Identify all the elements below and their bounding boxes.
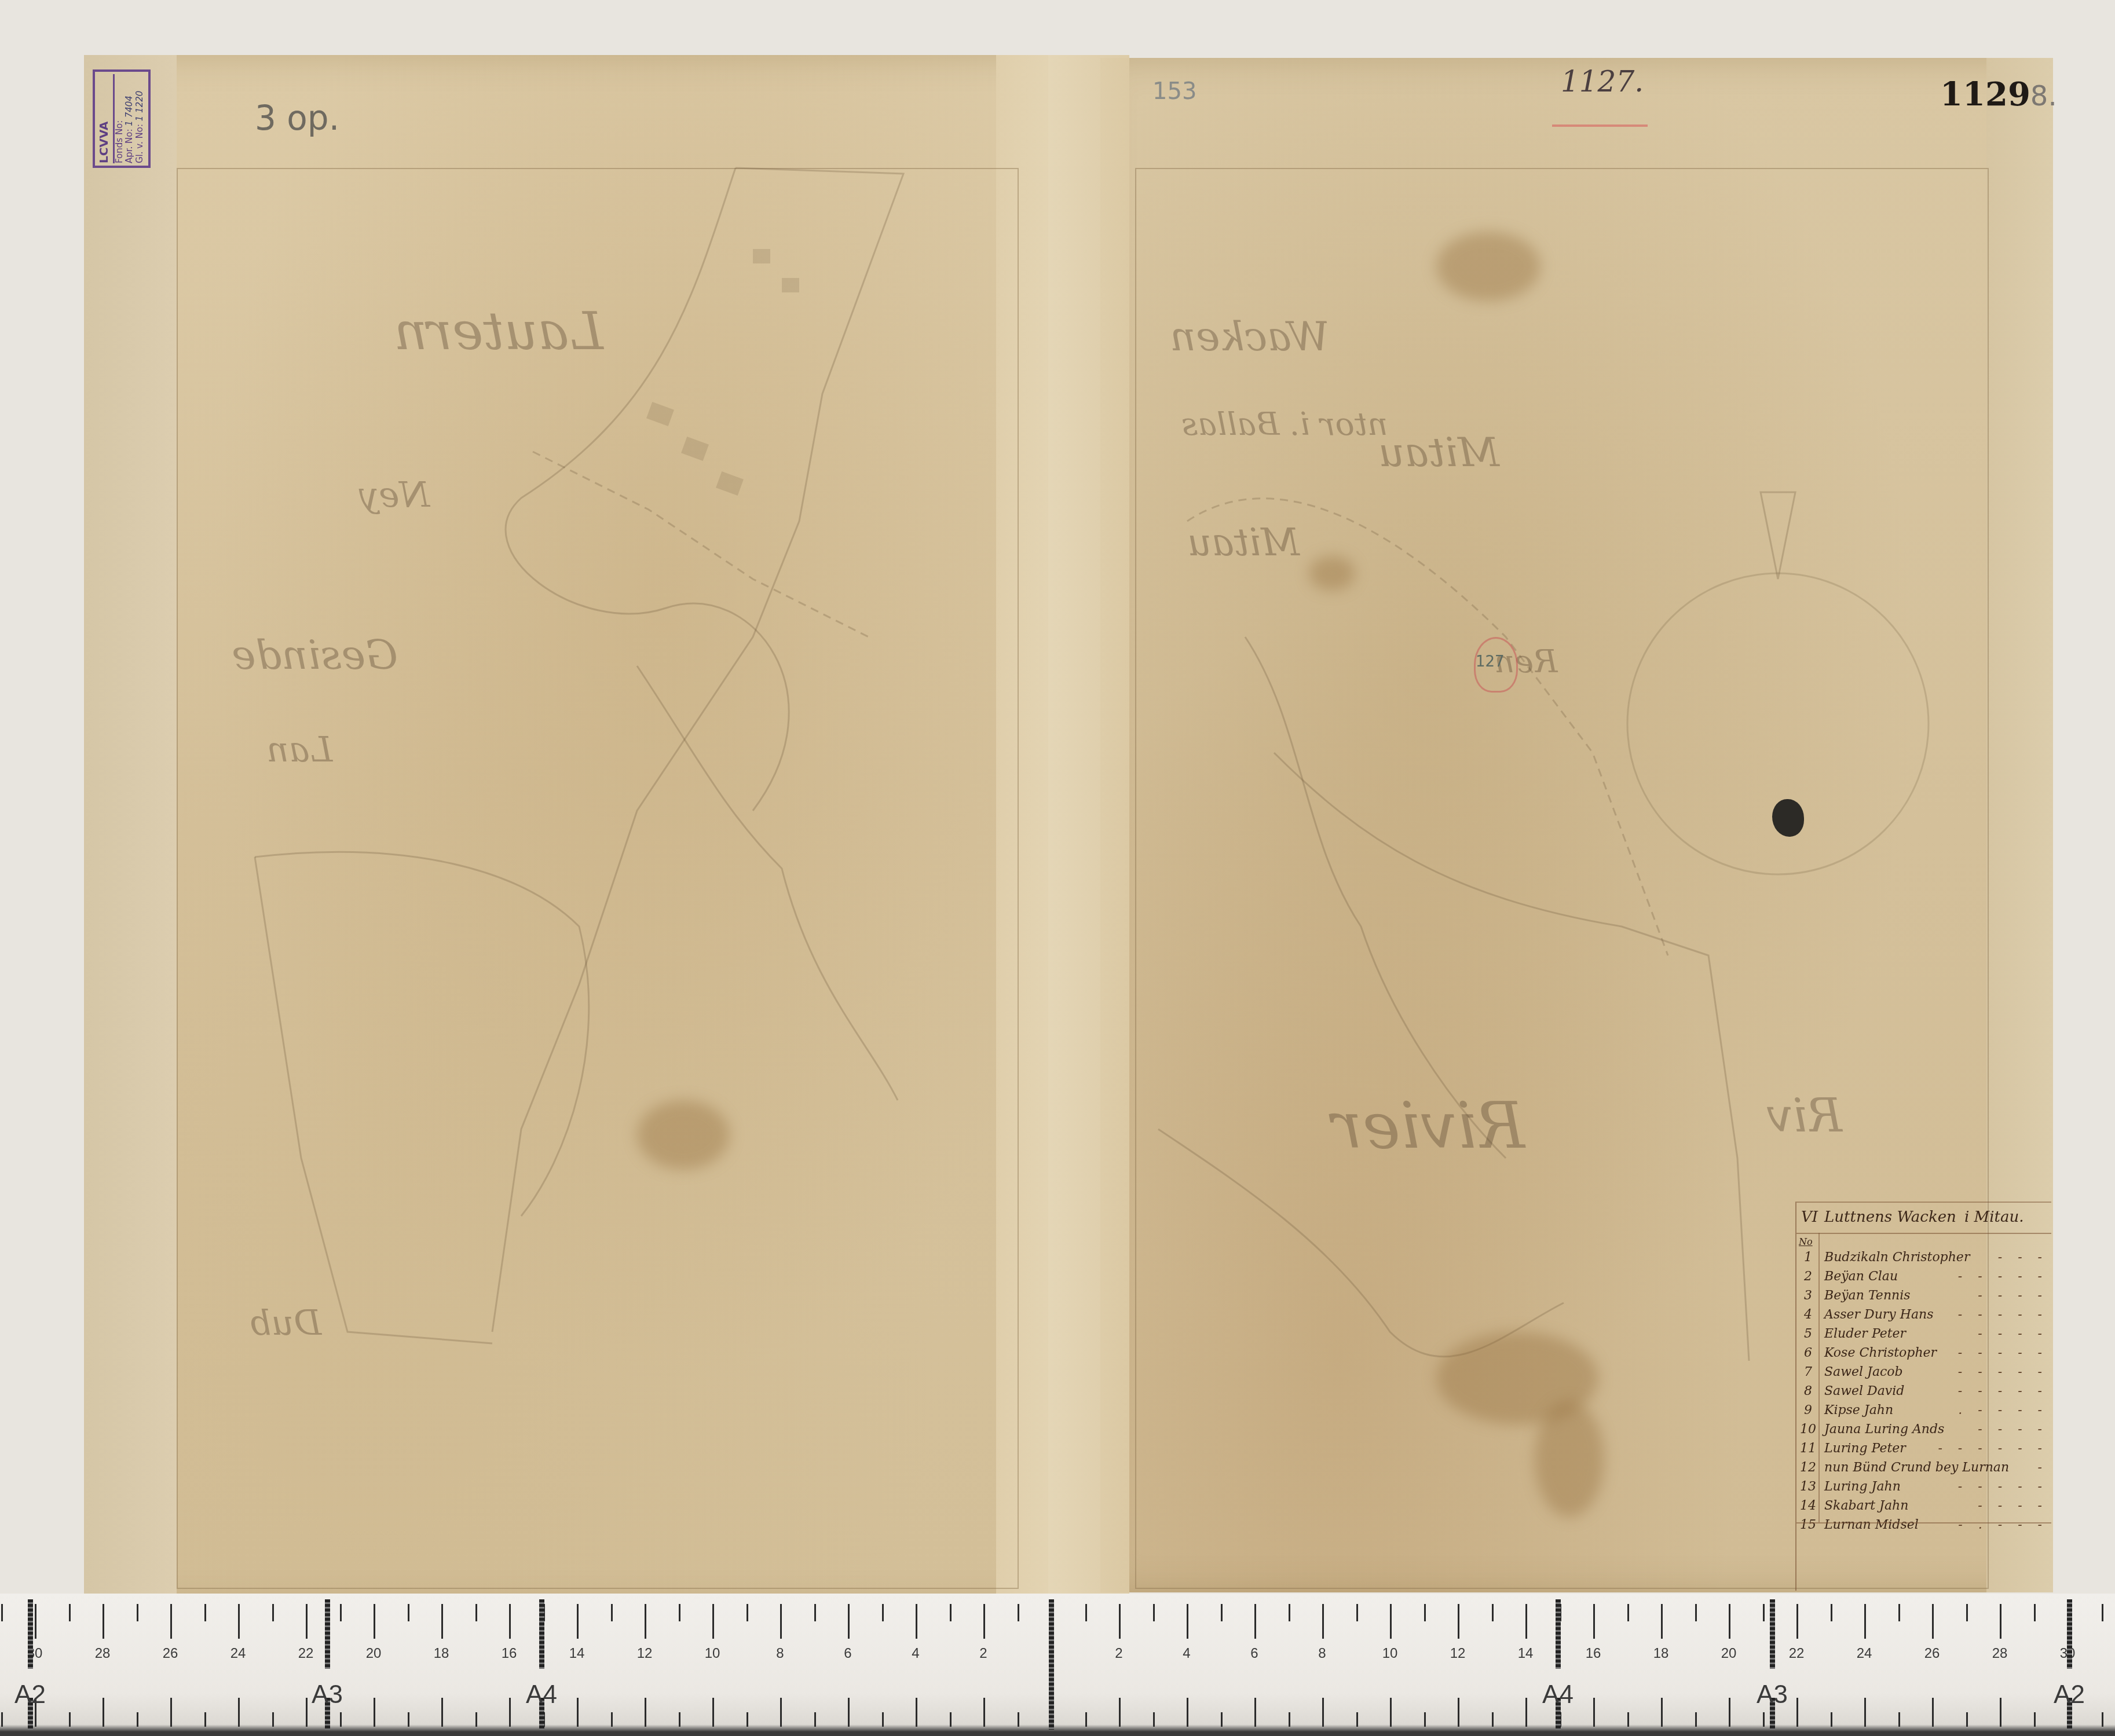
ruler-tick [1458,1604,1459,1639]
ruler-label: 16 [502,1646,517,1662]
ledger-row-number: 6 [1799,1346,1817,1360]
ledger-row-name: Sawel David [1824,1384,1904,1398]
ruler-label: 24 [1857,1646,1872,1662]
paper-size-label: A3 [1757,1680,1788,1709]
ruler-tick [204,1604,206,1621]
ruler-tick [1729,1604,1730,1639]
ruler-tick [848,1604,850,1639]
ruler-tick [1187,1698,1188,1727]
ruler-tick [1322,1604,1324,1639]
stamp-glv: Gl. v. No: 1 1220 [135,74,145,163]
ruler-tick [1627,1712,1629,1727]
ink-blot [1772,799,1804,837]
ledger-row-name: Sawel Jacob [1824,1365,1903,1379]
ruler-tick [1966,1712,1968,1727]
ruler-tick [1424,1712,1426,1727]
ledger-row-dashes: . - - - - [1958,1403,2048,1418]
ruler-tick [2034,1712,2036,1727]
ruler-tick [1289,1712,1290,1727]
ledger-row: 11Luring Peter- - - - - - [1796,1441,2051,1460]
ruler-tick [1695,1604,1697,1621]
ruler-tick [814,1712,816,1727]
ruler-tick [916,1604,917,1639]
ledger-row-number: 9 [1799,1403,1817,1418]
ruler-tick [1187,1604,1188,1639]
ruler-tick [1085,1712,1087,1727]
ledger-row-name: Kipse Jahn [1824,1403,1893,1418]
ledger-row-number: 1 [1799,1250,1817,1265]
ledger-row-dashes: - - - - [1978,1288,2048,1303]
ledger-row-name: Luring Jahn [1824,1479,1901,1494]
ledger-row: 3Beÿan Tennis- - - - [1796,1288,2051,1308]
ledger-row-dashes: - - - - [1978,1499,2048,1513]
ruler-tick [1356,1712,1358,1727]
ledger-row-dashes: - - - - - [1958,1384,2048,1398]
ledger-row-number: 3 [1799,1288,1817,1303]
ledger-header: VI Luttnens Wacken i Mitau. [1796,1203,2051,1234]
ruler-tick [1729,1698,1730,1727]
ruler-label: 8 [1318,1646,1326,1662]
ruler-label: 22 [1789,1646,1805,1662]
ruler-label: 4 [912,1646,919,1662]
ruler-tick [1254,1604,1256,1639]
ruler-tick [1322,1698,1324,1727]
ruler-tick [1390,1604,1392,1639]
ruler-tick [1289,1604,1290,1621]
stamp-apr: Apr. No: 1 7404 [125,74,134,163]
ledger-row-number: 2 [1799,1269,1817,1284]
ruler-tick [577,1698,579,1727]
ruler-label: 24 [230,1646,246,1662]
water-stain [1309,556,1355,591]
ledger-row-dashes: - - - - - [1958,1479,2048,1494]
paper-size-mark [1556,1599,1561,1669]
ruler-tick [137,1712,138,1727]
paper-size-label: A4 [1542,1680,1574,1709]
ghost-lettering: Wacken [1170,313,1330,360]
ledger-roman-numeral: VI [1801,1208,1818,1226]
ghost-lettering: Ney [359,475,430,515]
ruler-label: 28 [1992,1646,2008,1662]
ruler-tick [475,1604,477,1621]
ruler-tick [747,1712,748,1727]
ledger-row-name: Kose Christopher [1824,1346,1937,1360]
ruler-tick [408,1604,409,1621]
ledger-row-name: Budzikaln Christopher [1824,1250,1970,1265]
paper-size-mark [1770,1599,1775,1669]
ruler-tick [1796,1604,1798,1639]
ruler-tick [1153,1712,1155,1727]
ledger-row: 9Kipse Jahn. - - - - [1796,1403,2051,1422]
ruler-tick [611,1712,613,1727]
ruler-tick [1424,1604,1426,1621]
ruler-label: 2 [1115,1646,1122,1662]
ruler-tick [916,1698,917,1727]
ghost-lettering: Dub [249,1303,321,1343]
ruler-label: 10 [1382,1646,1398,1662]
ghost-lettering: Lan [266,730,332,770]
ruler-tick [1390,1698,1392,1727]
ghost-lettering: Gesinde [232,631,398,679]
ruler-tick [1593,1604,1595,1639]
ledger-row-dashes: - - - - [1978,1422,2048,1437]
ledger-row-dashes: - - - [1998,1250,2048,1265]
ruler-tick [780,1604,782,1639]
ruler-tick [645,1604,646,1639]
ruler-tick [712,1604,714,1639]
ruler-tick [1153,1604,1155,1621]
ruler-label: 10 [705,1646,720,1662]
ruler-tick [475,1712,477,1727]
ruler-tick [69,1712,71,1727]
ruler-tick [238,1604,240,1639]
ruler-tick [1,1604,3,1621]
ruler-tick [645,1698,646,1727]
ruler-label: 14 [1518,1646,1534,1662]
ruler-tick [1018,1604,1019,1621]
ledger-row: 8Sawel David- - - - - [1796,1384,2051,1403]
ruler-tick [1119,1698,1121,1727]
ledger-row: 13Luring Jahn- - - - - [1796,1479,2051,1499]
ruler-tick [35,1604,36,1639]
ruler-tick [509,1604,511,1639]
ruler-tick [747,1604,748,1621]
ruler-tick [1864,1698,1866,1727]
archive-stamp: LCVVA Fonds No: Apr. No: 1 7404 Gl. v. N… [93,69,151,168]
ruler-tick [1525,1698,1527,1727]
paper-size-mark [2067,1599,2072,1669]
ruler-tick [2000,1698,2001,1727]
paper-size-mark [325,1599,330,1669]
ruler-tick [814,1604,816,1621]
ledger-row: 14Skabart Jahn- - - - [1796,1499,2051,1518]
ledger-place: i Mitau. [1964,1208,2023,1226]
ledger-row-number: 10 [1799,1422,1817,1437]
ruler-tick [408,1712,409,1727]
ledger-row-name: Lurnan Midsel [1824,1518,1919,1532]
ruler-tick [509,1698,511,1727]
ledger-row-dashes: - - - - - - [1938,1441,2048,1456]
ruler-tick [1085,1604,1087,1621]
ruler-tick [1898,1604,1900,1621]
ruler-tick [1932,1698,1934,1727]
ruler-tick [170,1604,172,1639]
ledger-row-dashes: - - - - - [1958,1308,2048,1322]
ledger-row-name: Skabart Jahn [1824,1499,1908,1513]
ruler-tick [1763,1604,1765,1621]
corner-number-pencil: 8. [2030,80,2057,112]
ledger-row-name: Luring Peter [1824,1441,1906,1456]
pencil-note-left: 3 op. [255,98,339,138]
ledger-row: 2Beÿan Clau- - - - - [1796,1269,2051,1288]
ruler-center-mark [1049,1599,1054,1730]
ruler-tick [780,1698,782,1727]
ghost-lettering: Rivier [1332,1089,1525,1163]
ruler-label: 22 [298,1646,314,1662]
ledger-title: Luttnens Wacken [1824,1208,1956,1226]
ghost-lettering: Riv [1766,1089,1842,1142]
ruler-tick [1898,1712,1900,1727]
paper-size-label: A2 [2054,1680,2085,1709]
paper-size-mark [539,1599,544,1669]
ruler-tick [1,1712,3,1727]
ruler-label: 16 [1586,1646,1601,1662]
ruler-tick [272,1712,274,1727]
ledger-row-name: Asser Dury Hans [1824,1308,1934,1322]
ruler-label: 12 [1450,1646,1466,1662]
ruler-tick [2000,1604,2001,1639]
ruler-tick [1932,1604,1934,1639]
ruler-label: 18 [434,1646,449,1662]
paper-size-label: A4 [526,1680,557,1709]
ledger-row-dashes: - - - - - [1958,1269,2048,1284]
ledger-row: 4Asser Dury Hans- - - - - [1796,1308,2051,1327]
ruler-label: 18 [1653,1646,1669,1662]
ledger-table: VI Luttnens Wacken i Mitau. No 1Budzikal… [1795,1202,2051,1591]
ledger-footer-rule [1796,1522,2051,1523]
ruler-tick [238,1698,240,1727]
ledger-row-number: 11 [1799,1441,1817,1456]
ledger-row-dashes: - . - - - [1958,1518,2048,1532]
ruler-label: 6 [844,1646,851,1662]
pencil-number-top-center: 153 [1152,78,1196,105]
ruler-tick [374,1604,375,1639]
ledger-row-name: Jauna Luring Ands [1824,1422,1944,1437]
stamp-title: LCVVA [97,74,115,163]
ruler-label: 4 [1183,1646,1190,1662]
measurement-ruler: 3028262422201816141210864224681012141618… [0,1594,2115,1736]
stamp-fonds: Fonds No: [115,74,125,163]
ledger-row: 12nun Bünd Crund bey Lurnan- [1796,1460,2051,1479]
ruler-tick [1661,1698,1663,1727]
ledger-row-dashes: - [2038,1460,2048,1475]
ledger-row-dashes: - - - - - [1958,1346,2048,1360]
water-stain [1436,232,1540,301]
ledger-row-name: Beÿan Clau [1824,1269,1898,1284]
ruler-tick [306,1698,308,1727]
ruler-label: 20 [1721,1646,1737,1662]
ruler-label: 26 [1924,1646,1940,1662]
ruler-tick [1966,1604,1968,1621]
ruler-label: 28 [95,1646,111,1662]
ruler-tick [1356,1604,1358,1621]
ruler-label: 2 [979,1646,987,1662]
ruler-label: 6 [1250,1646,1258,1662]
ruler-tick [1695,1712,1697,1727]
ruler-tick [611,1604,613,1621]
ruler-tick [1018,1712,1019,1727]
ruler-tick [712,1698,714,1727]
ruler-tick [374,1698,375,1727]
ruler-tick [306,1604,308,1639]
ruler-tick [577,1604,579,1639]
ledger-row: 5Eluder Peter- - - - [1796,1327,2051,1346]
ledger-row: 10Jauna Luring Ands- - - - [1796,1422,2051,1441]
ruler-tick [1458,1698,1459,1727]
ruler-tick [272,1604,274,1621]
water-stain [637,1100,730,1170]
ruler-tick [882,1604,884,1621]
ledger-row-number: 5 [1799,1327,1817,1341]
ruler-tick [2102,1712,2103,1727]
ruler-tick [1119,1604,1121,1639]
ruler-tick [103,1698,104,1727]
ruler-tick [1221,1712,1223,1727]
ledger-row-number: 14 [1799,1499,1817,1513]
ruler-tick [441,1604,443,1639]
ledger-row: 7Sawel Jacob- - - - - [1796,1365,2051,1384]
ruler-tick [1525,1604,1527,1639]
ledger-row-number: 7 [1799,1365,1817,1379]
corner-number-ink: 1129 [1940,75,2030,113]
ledger-row-name: nun Bünd Crund bey Lurnan [1824,1460,2009,1475]
ghost-lettering: Mitau [1378,428,1499,476]
ruler-tick [983,1604,985,1639]
ledger-row-dashes: - - - - [1978,1327,2048,1341]
ruler-tick [679,1604,680,1621]
ruler-tick [170,1698,172,1727]
ruler-tick [1831,1712,1832,1727]
ruler-tick [950,1604,952,1621]
ledger-row-number: 12 [1799,1460,1817,1475]
paper-size-label: A2 [14,1680,46,1709]
ledger-row-name: Beÿan Tennis [1824,1288,1911,1303]
ruler-tick [1593,1698,1595,1727]
ruler-tick [882,1712,884,1727]
ghost-lettering: Lautern [394,301,603,362]
ruler-tick [1796,1698,1798,1727]
ghost-lettering: Mitau [1187,521,1300,565]
ruler-tick [1627,1604,1629,1621]
ruler-tick [340,1712,342,1727]
ruler-tick [441,1698,443,1727]
ledger-row-number: 13 [1799,1479,1817,1494]
ledger-row-name: Eluder Peter [1824,1327,1906,1341]
ghost-lettering: ntor i. Ballas [1181,405,1388,442]
ruler-tick [2034,1604,2036,1621]
ruler-tick [950,1712,952,1727]
ruler-label: 26 [163,1646,178,1662]
paper-size-label: A3 [312,1680,343,1709]
ledger-row: 15Lurnan Midsel- . - - - [1796,1518,2051,1537]
ruler-tick [1864,1604,1866,1639]
ruler-tick [103,1604,104,1639]
ruler-tick [1254,1698,1256,1727]
ruler-label: 20 [366,1646,382,1662]
ledger-row-number: 15 [1799,1518,1817,1532]
ink-number-top-right: 1127. [1561,65,1644,98]
ruler-tick [1492,1712,1494,1727]
ledger-row-dashes: - - - - - [1958,1365,2048,1379]
ledger-row: 6Kose Christopher- - - - - [1796,1346,2051,1365]
ruler-tick [1492,1604,1494,1621]
ruler-tick [983,1698,985,1727]
ruler-tick [1763,1712,1765,1727]
ledger-row-number: 8 [1799,1384,1817,1398]
ruler-tick [679,1712,680,1727]
ruler-label: 12 [637,1646,653,1662]
ruler-tick [1221,1604,1223,1621]
ruler-tick [204,1712,206,1727]
ledger-row-number: 4 [1799,1308,1817,1322]
ledger-no-label: No [1799,1236,1813,1247]
ruler-tick [340,1604,342,1621]
ruler-tick [848,1698,850,1727]
red-circled-number: 127 [1474,637,1518,693]
ruler-tick [2102,1604,2103,1621]
ledger-row: 1Budzikaln Christopher- - - [1796,1250,2051,1269]
paper-size-mark [28,1599,33,1669]
ruler-tick [1661,1604,1663,1639]
ruler-tick [1831,1604,1832,1621]
red-underline [1552,124,1648,127]
water-stain [1535,1401,1604,1517]
ruler-label: 8 [776,1646,784,1662]
ruler-tick [137,1604,138,1621]
ruler-tick [69,1604,71,1621]
ruler-label: 14 [569,1646,585,1662]
corner-number: 11298. [1940,75,2057,113]
